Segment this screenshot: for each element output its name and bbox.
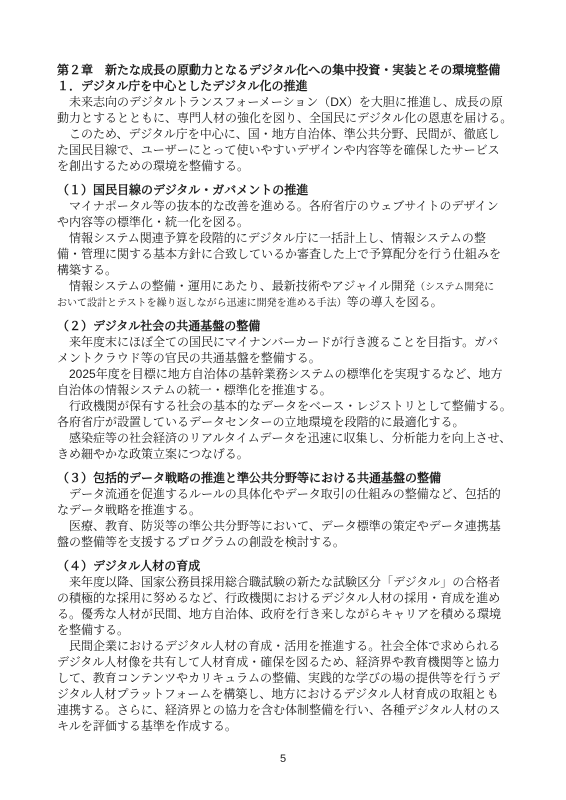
text-line: して、教育コンテンツやカリキュラムの整備、実践的な学びの場の提供等を行うデ: [57, 670, 509, 686]
section-1-digital-government: （１）国民目線のデジタル・ガバメントの推進 マイナポータル等の抜本的な改善を進め…: [57, 182, 509, 310]
text-line: 情報システム関連予算を段階的にデジタル庁に一括計上し、情報システムの整: [57, 230, 509, 246]
text-line: た国民目線で、ユーザーにとって使いやすいデザインや内容等を確保したサービス: [57, 142, 509, 158]
text-line: 備・管理に関する基本方針に合致しているか審査した上で予算配分を行う仕組みを: [57, 246, 509, 262]
text-segment: おいて設計とテストを繰り返しながら迅速に開発を進める手法）: [57, 298, 347, 309]
text-line: を創出するための環境を整備する。: [57, 158, 509, 174]
section-2-common-infrastructure: （２）デジタル社会の共通基盤の整備 来年度末にほぼ全ての国民にマイナンバーカード…: [57, 318, 509, 462]
text-line: なデータ戦略を推進する。: [57, 502, 509, 518]
text-line: や内容等の標準化・統一化を図る。: [57, 214, 509, 230]
text-line: ジタル人材プラットフォームを構築し、地方におけるデジタル人材育成の取組とも: [57, 686, 509, 702]
text-line: きめ細やかな政策立案につなげる。: [57, 446, 509, 462]
text-line: 感染症等の社会経済のリアルタイムデータを迅速に収集し、分析能力を向上させ、: [57, 430, 509, 446]
text-line: 医療、教育、防災等の準公共分野等において、データ標準の策定やデータ連携基: [57, 518, 509, 534]
text-line: 各府省庁が設置しているデータセンターの立地環境を段階的に最適化する。: [57, 414, 509, 430]
text-line: データ流通を促進するルールの具体化やデータ取引の仕組みの整備など、包括的: [57, 486, 509, 502]
text-line: 盤の整備等を支援するプログラムの創設を検討する。: [57, 534, 509, 550]
text-line: 連携する。さらに、経済界との協力を含む体制整備を行い、各種デジタル人材のス: [57, 702, 509, 718]
text-line: 自治体の情報システムの統一・標準化を推進する。: [57, 382, 509, 398]
document-content: 第２章 新たな成長の原動力となるデジタル化への集中投資・実装とその環境整備１．デ…: [57, 62, 509, 734]
section-heading: （１）国民目線のデジタル・ガバメントの推進: [57, 182, 509, 198]
section-heading: （３）包括的データ戦略の推進と準公共分野等における共通基盤の整備: [57, 470, 509, 486]
text-line: 動力とするとともに、専門人材の強化を図り、全国民にデジタル化の恩恵を届ける。: [57, 110, 509, 126]
text-line: を整備する。: [57, 622, 509, 638]
chapter-2-intro: 第２章 新たな成長の原動力となるデジタル化への集中投資・実装とその環境整備１．デ…: [57, 62, 509, 174]
text-line: 2025年度を目標に地方自治体の基幹業務システムの標準化を実現するなど、地方: [57, 366, 509, 382]
text-line: 未来志向のデジタルトランスフォーメーション（DX）を大胆に推進し、成長の原: [57, 94, 509, 110]
section-heading: 第２章 新たな成長の原動力となるデジタル化への集中投資・実装とその環境整備: [57, 62, 509, 78]
text-line: 情報システムの整備・運用にあたり、最新技術やアジャイル開発（システム開発に: [57, 278, 509, 294]
text-line: 構築する。: [57, 262, 509, 278]
text-line: の積極的な採用に努めるなど、行政機関におけるデジタル人材の採用・育成を進め: [57, 590, 509, 606]
section-heading: （２）デジタル社会の共通基盤の整備: [57, 318, 509, 334]
page-number: 5: [0, 752, 566, 766]
text-line: おいて設計とテストを繰り返しながら迅速に開発を進める手法）等の導入を図る。: [57, 294, 509, 310]
document-page: 第２章 新たな成長の原動力となるデジタル化への集中投資・実装とその環境整備１．デ…: [0, 0, 566, 800]
text-line: 来年度以降、国家公務員採用総合職試験の新たな試験区分「デジタル」の合格者: [57, 574, 509, 590]
section-4-digital-talent: （４）デジタル人材の育成 来年度以降、国家公務員採用総合職試験の新たな試験区分「…: [57, 558, 509, 734]
text-line: キルを評価する基準を作成する。: [57, 718, 509, 734]
text-line: 行政機関が保有する社会の基本的なデータをベース・レジストリとして整備する。: [57, 398, 509, 414]
text-line: このため、デジタル庁を中心に、国・地方自治体、準公共分野、民間が、徹底し: [57, 126, 509, 142]
section-3-data-strategy: （３）包括的データ戦略の推進と準公共分野等における共通基盤の整備 データ流通を促…: [57, 470, 509, 550]
text-line: 来年度末にほぼ全ての国民にマイナンバーカードが行き渡ることを目指す。ガバ: [57, 334, 509, 350]
section-heading: １．デジタル庁を中心としたデジタル化の推進: [57, 78, 509, 94]
text-line: メントクラウド等の官民の共通基盤を整備する。: [57, 350, 509, 366]
text-line: 民間企業におけるデジタル人材の育成・活用を推進する。社会全体で求められる: [57, 638, 509, 654]
text-segment: （システム開発に: [415, 282, 494, 293]
text-segment: 情報システムの整備・運用にあたり、最新技術やアジャイル開発: [57, 279, 415, 293]
text-line: マイナポータル等の抜本的な改善を進める。各府省庁のウェブサイトのデザイン: [57, 198, 509, 214]
text-segment: 等の導入を図る。: [347, 295, 443, 309]
text-line: デジタル人材像を共有して人材育成・確保を図るため、経済界や教育機関等と協力: [57, 654, 509, 670]
text-line: る。優秀な人材が民間、地方自治体、政府を行き来しながらキャリアを積める環境: [57, 606, 509, 622]
section-heading: （４）デジタル人材の育成: [57, 558, 509, 574]
